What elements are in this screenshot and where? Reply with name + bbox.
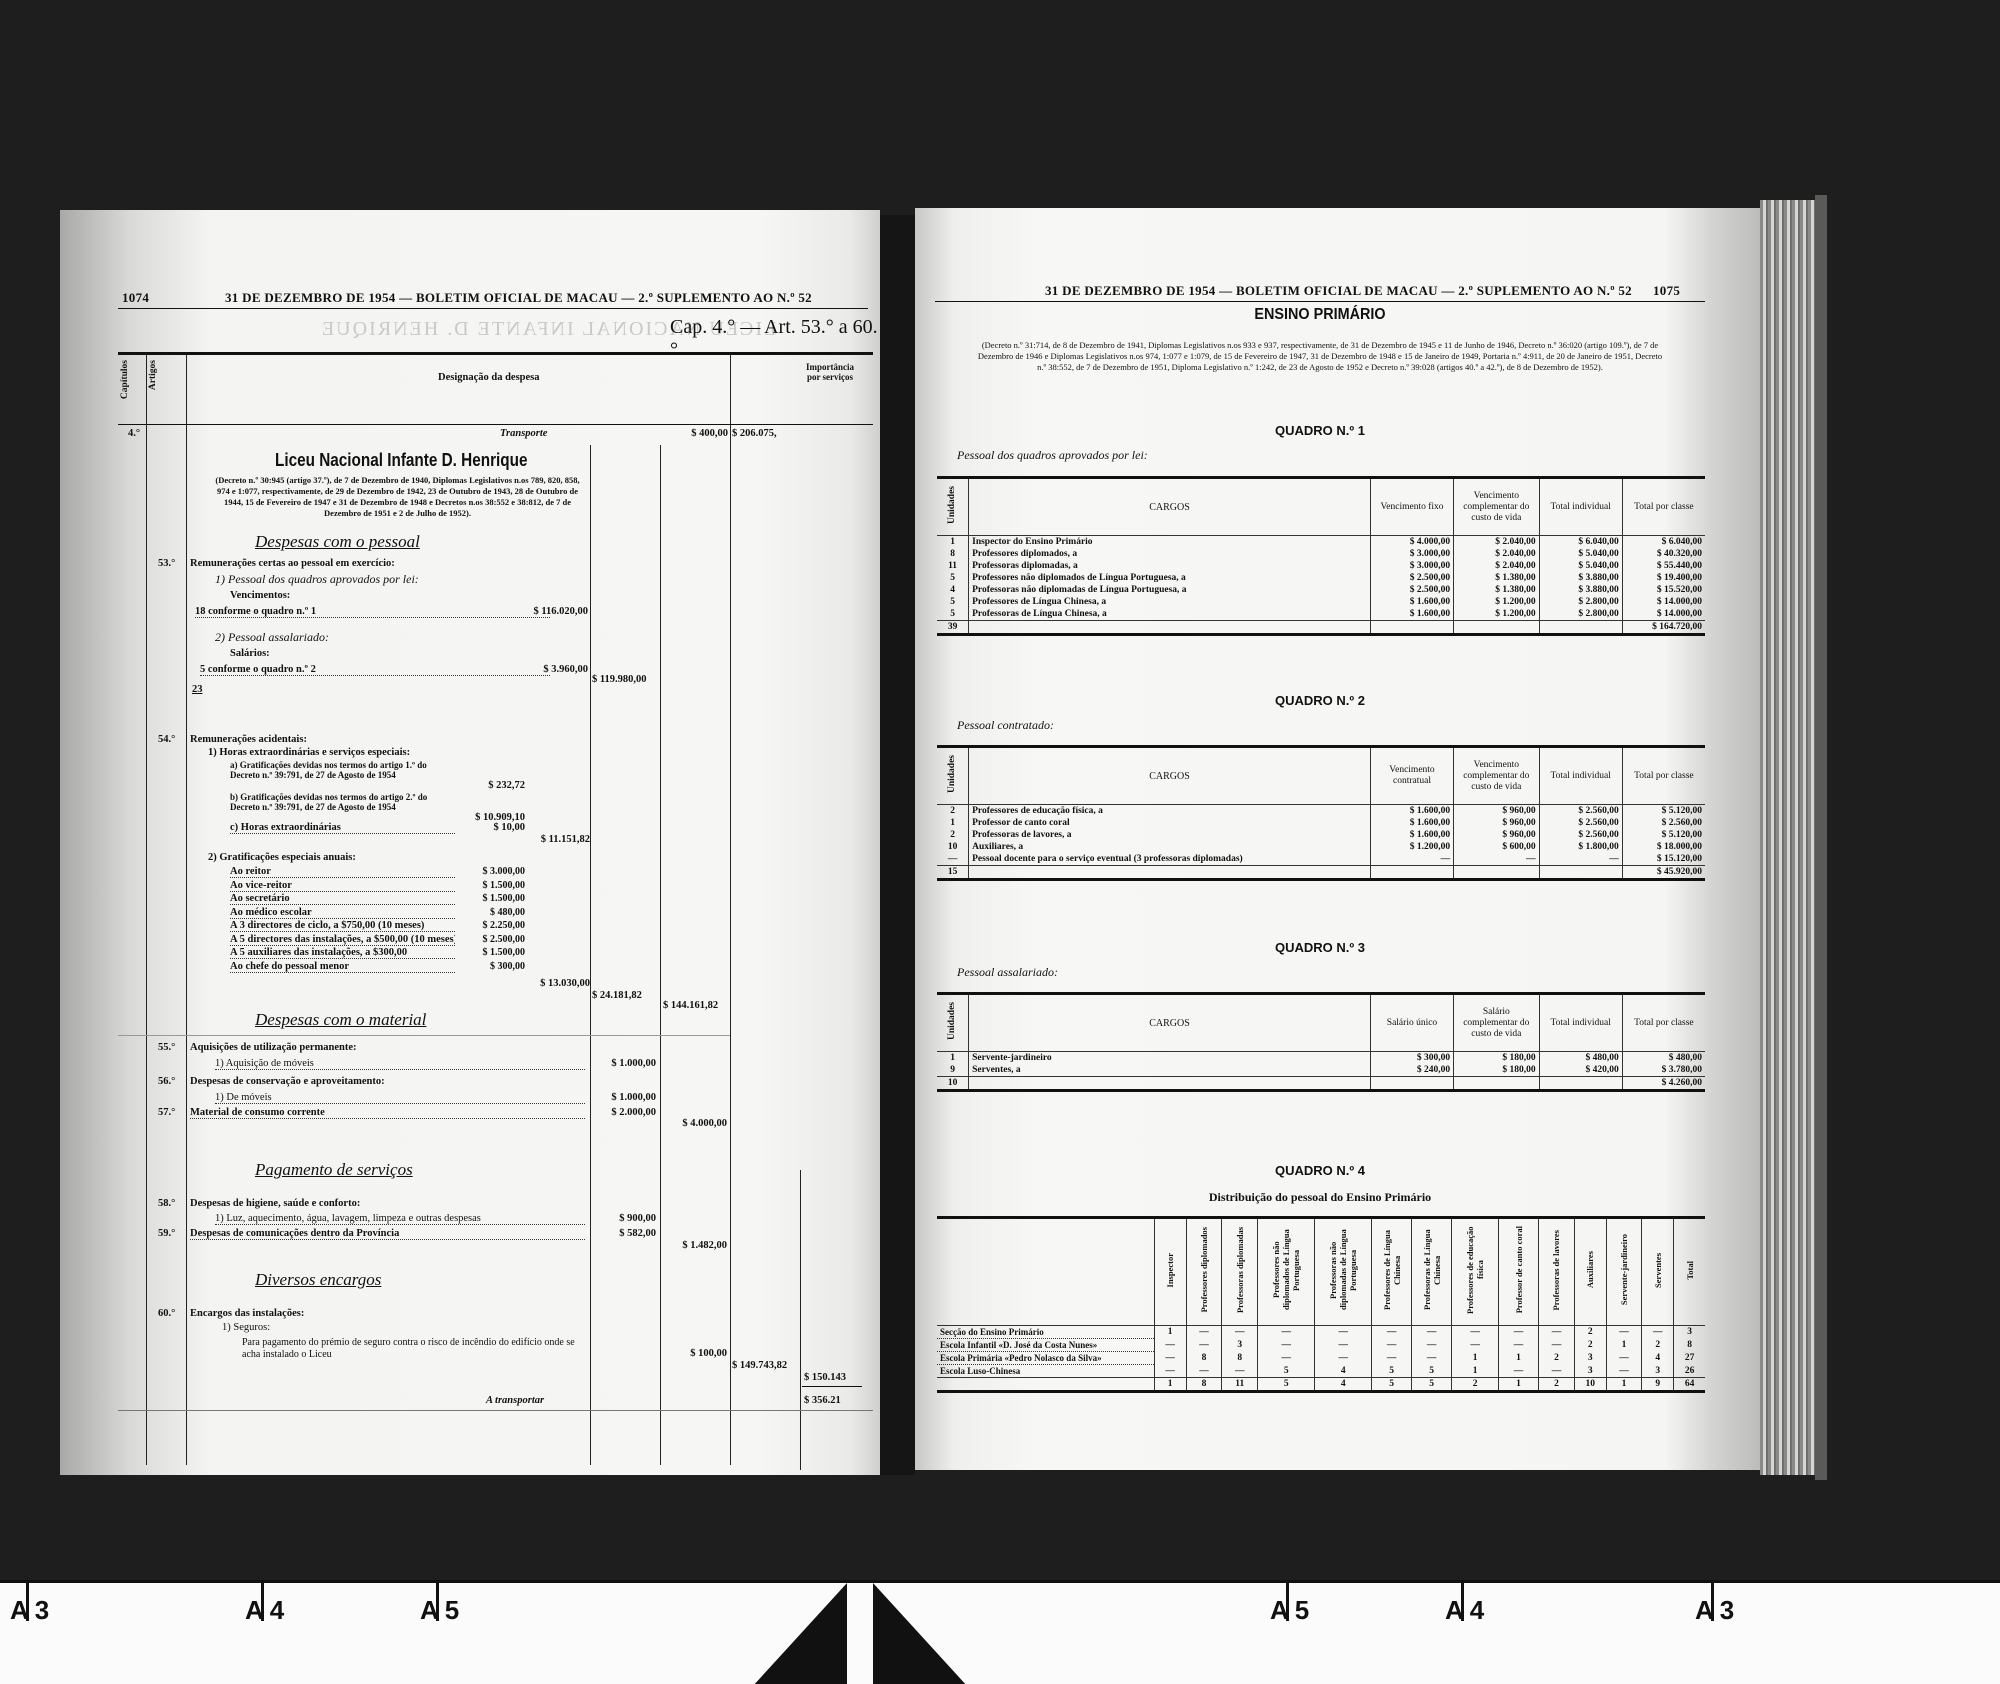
allowance-amount: $ 3.000,00: [455, 866, 525, 877]
table-row: Escola Infantil «D. José da Costa Nunes»…: [937, 1339, 1705, 1352]
table-row: 2Professores de educação física, a$ 1.60…: [937, 805, 1705, 818]
art-59-title: Despesas de comunicações dentro da Proví…: [190, 1228, 585, 1240]
table-row: Escola Luso-Chinesa———54551——3—326: [937, 1365, 1705, 1378]
col-header: Auxiliares: [1574, 1218, 1606, 1326]
col-header: Vencimento fixo: [1370, 478, 1453, 536]
col-header: Vencimento complementar do custo de vida: [1454, 478, 1539, 536]
col-header: Servente-jardineiro: [1606, 1218, 1642, 1326]
col-header: Professoras de lavores: [1539, 1218, 1575, 1326]
col-header: Unidades: [937, 747, 969, 805]
art-54-b: b) Gratificações devidas nos termos do a…: [230, 792, 455, 812]
col-artigos: Artigos: [148, 360, 172, 422]
allowance-label: Ao chefe do pessoal menor: [230, 961, 455, 973]
col-header: Total por classe: [1622, 747, 1705, 805]
art-60-item: Para pagamento do prémio de seguro contr…: [242, 1337, 587, 1361]
table-row: 10Auxiliares, a$ 1.200,00$ 600,00$ 1.800…: [937, 841, 1705, 853]
allowance-amount: $ 2.250,00: [455, 920, 525, 931]
right-page: 31 DE DEZEMBRO DE 1954 — BOLETIM OFICIAL…: [915, 208, 1775, 1470]
col-header: Inspector: [1154, 1218, 1186, 1326]
quadro-1-title: QUADRO N.º 1: [915, 423, 1725, 438]
microfilm-scale-strip: A3A4A5A5A4A3: [0, 1580, 2000, 1684]
art-54-a: a) Gratificações devidas nos termos do a…: [230, 760, 455, 780]
allowance-label: A 5 auxiliares das instalações, a $300,0…: [230, 947, 455, 959]
section-pessoal: Despesas com o pessoal: [255, 532, 420, 552]
art-54-total: $ 24.181,82: [592, 990, 658, 1001]
col-header: Vencimento complementar do custo de vida: [1454, 747, 1539, 805]
art-53-title: Remunerações certas ao pessoal em exercí…: [190, 558, 395, 569]
art-53-units: 23: [192, 684, 203, 695]
transporte-label: Transporte: [500, 428, 547, 439]
art-54-c: c) Horas extraordinárias: [230, 822, 455, 834]
art-54-number: 54.°: [158, 734, 175, 745]
center-marker-left: [752, 1583, 847, 1684]
col-header: Professores de educação física: [1452, 1218, 1499, 1326]
table-row: —Pessoal docente para o serviço eventual…: [937, 853, 1705, 866]
table-row: 1Servente-jardineiro$ 300,00$ 180,00$ 48…: [937, 1052, 1705, 1065]
col-header: Serventes: [1642, 1218, 1674, 1326]
art-54-sub1-total: $ 11.151,82: [522, 834, 590, 845]
left-page: 1074 31 DE DEZEMBRO DE 1954 — BOLETIM OF…: [60, 210, 880, 1475]
book-gutter: [880, 215, 915, 1475]
allowance-amount: $ 2.500,00: [455, 934, 525, 945]
art-59-number: 59.°: [158, 1228, 175, 1239]
art-54-title: Remunerações acidentais:: [190, 734, 307, 745]
quadro-3-subtitle: Pessoal assalariado:: [957, 965, 1058, 980]
col-designacao: Designação da despesa: [438, 372, 540, 383]
col-header: Professor de canto coral: [1499, 1218, 1539, 1326]
col-header: CARGOS: [969, 478, 1371, 536]
art-54-sub2: 2) Gratificações especiais anuais:: [208, 852, 356, 863]
page-number: 1075: [1653, 283, 1680, 299]
table-row: 5Professores de Língua Chinesa, a$ 1.600…: [937, 596, 1705, 608]
col-header: CARGOS: [969, 994, 1371, 1052]
art-56-amount: $ 1.000,00: [592, 1092, 656, 1103]
section-material: Despesas com o material: [255, 1010, 426, 1030]
art-53-subtotal: $ 119.980,00: [592, 674, 658, 685]
table-row: 1Inspector do Ensino Primário$ 4.000,00$…: [937, 536, 1705, 549]
col-header: Professoras diplomadas: [1222, 1218, 1258, 1326]
grand-total: $ 356.21: [804, 1395, 870, 1406]
art-60-number: 60.°: [158, 1308, 175, 1319]
quadro-4-subtitle: Distribuição do pessoal do Ensino Primár…: [915, 1190, 1725, 1205]
col-header: Total por classe: [1622, 994, 1705, 1052]
allowance-amount: $ 1.500,00: [455, 893, 525, 904]
column-total: $ 150.143: [804, 1372, 870, 1383]
quadro-3-title: QUADRO N.º 3: [915, 940, 1725, 955]
art-59-amount: $ 582,00: [592, 1228, 656, 1239]
col-header: Total individual: [1539, 994, 1622, 1052]
allowance-label: Ao médico escolar: [230, 907, 455, 919]
col-header: Total individual: [1539, 478, 1622, 536]
art-55-title: Aquisições de utilização permanente:: [190, 1042, 357, 1053]
col-header: Professores diplomados: [1186, 1218, 1222, 1326]
art-53-line1: 18 conforme o quadro n.º 1: [195, 606, 550, 618]
col-header: Professoras não diplomadas de Língua Por…: [1315, 1218, 1372, 1326]
allowance-label: Ao secretário: [230, 893, 455, 905]
col-header: Total individual: [1539, 747, 1622, 805]
art-53-line1-amount: $ 116.020,00: [520, 606, 588, 617]
quadro-3-table: UnidadesCARGOSSalário únicoSalário compl…: [937, 992, 1705, 1092]
quadro-2-title: QUADRO N.º 2: [915, 693, 1725, 708]
art-55-item: 1) Aquisição de móveis: [215, 1058, 585, 1070]
art-58-title: Despesas de higiene, saúde e conforto:: [190, 1198, 360, 1209]
allowance-amount: $ 1.500,00: [455, 947, 525, 958]
table-row: 11Professoras diplomadas, a$ 3.000,00$ 2…: [937, 560, 1705, 572]
center-marker-right: [873, 1583, 968, 1684]
allowance-label: A 5 directores das instalações, a $500,0…: [230, 934, 455, 946]
art-56-number: 56.°: [158, 1076, 175, 1087]
quadro-2-subtitle: Pessoal contratado:: [957, 718, 1054, 733]
section-servicos: Pagamento de serviços: [255, 1160, 413, 1180]
col-header: Total: [1674, 1218, 1705, 1326]
art-53-number: 53.°: [158, 558, 175, 569]
table-row: 8Professores diplomados, a$ 3.000,00$ 2.…: [937, 548, 1705, 560]
transporte-amount: $ 400,00: [670, 428, 728, 439]
table-row: 5Professores não diplomados de Língua Po…: [937, 572, 1705, 584]
page-number: 1074: [122, 290, 149, 306]
liceu-total: $ 149.743,82: [732, 1360, 798, 1371]
col-header: Professores não diplomados de Língua Por…: [1258, 1218, 1315, 1326]
section-decree: (Decreto n.º 31:714, de 8 de Dezembro de…: [975, 340, 1665, 373]
art-55-number: 55.°: [158, 1042, 175, 1053]
art-57-title: Material de consumo corrente: [190, 1107, 585, 1119]
col-header: Salário único: [1370, 994, 1453, 1052]
art-53-sub1: 1) Pessoal dos quadros aprovados por lei…: [215, 572, 419, 587]
art-56-title: Despesas de conservação e aproveitamento…: [190, 1076, 385, 1087]
allowance-amount: $ 480,00: [455, 907, 525, 918]
col-header: Professoras de Língua Chinesa: [1412, 1218, 1452, 1326]
art-58-number: 58.°: [158, 1198, 175, 1209]
table-row: Escola Primária «Pedro Nolasco da Silva»…: [937, 1352, 1705, 1365]
allowance-amount: $ 1.500,00: [455, 880, 525, 891]
art-54-a-amount: $ 232,72: [455, 780, 525, 791]
table-row: 4Professoras não diplomadas de Língua Po…: [937, 584, 1705, 596]
art-53-sub2: 2) Pessoal assalariado:: [215, 630, 329, 645]
col-header: Unidades: [937, 478, 969, 536]
quadro-1-subtitle: Pessoal dos quadros aprovados por lei:: [957, 448, 1148, 463]
col-header: Professores de Língua Chinesa: [1372, 1218, 1412, 1326]
art-56-item: 1) De móveis: [215, 1092, 585, 1104]
art-54-sub1: 1) Horas extraordinárias e serviços espe…: [208, 747, 410, 758]
transporte-total: $ 206.075,: [732, 428, 802, 439]
book-page-edges: [1760, 200, 1815, 1475]
col-importancia: Importância por serviços: [800, 362, 860, 382]
table-row: 9Serventes, a$ 240,00$ 180,00$ 420,00$ 3…: [937, 1064, 1705, 1077]
quadro-1-table: UnidadesCARGOSVencimento fixoVencimento …: [937, 476, 1705, 636]
section-title: ENSINO PRIMÁRIO: [956, 306, 1685, 324]
section-encargos: Diversos encargos: [255, 1270, 381, 1290]
institution-decree: (Decreto n.º 30:945 (artigo 37.º), de 7 …: [210, 475, 585, 519]
running-header: 31 DE DEZEMBRO DE 1954 — BOLETIM OFICIAL…: [225, 290, 812, 306]
art-60-sub1: 1) Seguros:: [222, 1322, 270, 1333]
chapter-heading: Cap. 4.° — Art. 53.° a 60.°: [670, 316, 880, 362]
quadro-4-title: QUADRO N.º 4: [915, 1163, 1725, 1178]
running-header: 31 DE DEZEMBRO DE 1954 — BOLETIM OFICIAL…: [1045, 283, 1632, 299]
art-53-line2: 5 conforme o quadro n.º 2: [200, 664, 550, 676]
pessoal-total: $ 144.161,82: [663, 1000, 729, 1011]
art-54-c-amount: $ 10,00: [455, 822, 525, 833]
art-53-line2-amount: $ 3.960,00: [520, 664, 588, 675]
allowance-label: Ao vice-reitor: [230, 880, 455, 892]
quadro-4-table: InspectorProfessores diplomadosProfessor…: [937, 1216, 1705, 1393]
art-57-amount: $ 2.000,00: [592, 1107, 656, 1118]
allowance-amount: $ 300,00: [455, 961, 525, 972]
servicos-total: $ 1.482,00: [663, 1240, 727, 1251]
material-total: $ 4.000,00: [663, 1118, 727, 1129]
art-60-title: Encargos das instalações:: [190, 1308, 304, 1319]
table-row: 2Professoras de lavores, a$ 1.600,00$ 96…: [937, 829, 1705, 841]
institution-title: Liceu Nacional Infante D. Henrique: [275, 450, 528, 471]
salarios-label: Salários:: [230, 648, 270, 659]
col-header: Vencimento contratual: [1370, 747, 1453, 805]
col-header: Salário complementar do custo de vida: [1454, 994, 1539, 1052]
art-54-sub2-total: $ 13.030,00: [522, 978, 590, 989]
col-header: CARGOS: [969, 747, 1371, 805]
quadro-2-table: UnidadesCARGOSVencimento contratualVenci…: [937, 745, 1705, 881]
art-57-number: 57.°: [158, 1107, 175, 1118]
book-cover-edge: [1815, 195, 1827, 1480]
art-55-amount: $ 1.000,00: [592, 1058, 656, 1069]
vencimentos-label: Vencimentos:: [230, 590, 290, 601]
chapter-number: 4.°: [128, 428, 140, 439]
col-header: Total por classe: [1622, 478, 1705, 536]
allowance-label: Ao reitor: [230, 866, 455, 878]
allowance-label: A 3 directores de ciclo, a $750,00 (10 m…: [230, 920, 455, 932]
col-capitulos: Capítulos: [120, 360, 144, 422]
art-58-item: 1) Luz, aquecimento, água, lavagem, limp…: [215, 1213, 585, 1225]
table-row: 1Professor de canto coral$ 1.600,00$ 960…: [937, 817, 1705, 829]
a-transportar-label: A transportar: [486, 1395, 544, 1406]
art-58-amount: $ 900,00: [592, 1213, 656, 1224]
col-header: Unidades: [937, 994, 969, 1052]
table-row: Secção do Ensino Primário1—————————2——3: [937, 1326, 1705, 1339]
table-row: 5Professoras de Língua Chinesa, a$ 1.600…: [937, 608, 1705, 621]
art-60-amount: $ 100,00: [663, 1348, 727, 1359]
